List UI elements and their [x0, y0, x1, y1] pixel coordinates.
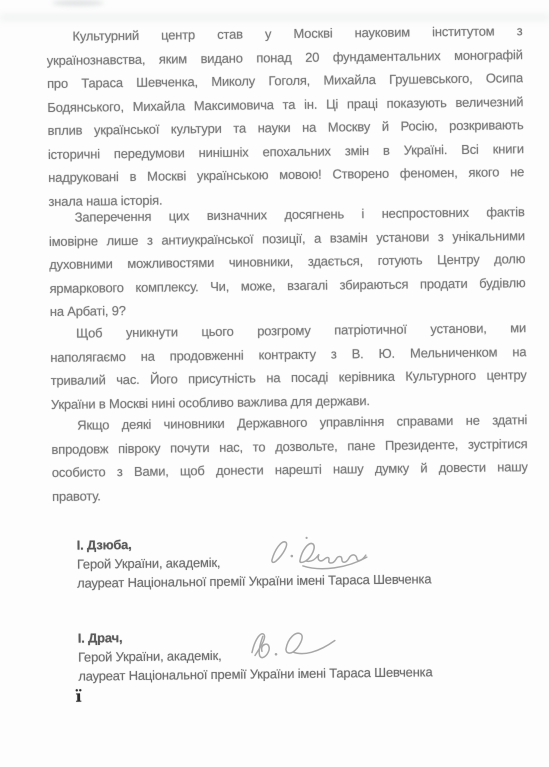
paragraph-contract-demand: Щоб уникнути цього розгрому патріотичної… — [50, 316, 527, 416]
handwritten-signature-drach — [240, 625, 340, 662]
handwritten-signature-dziuba — [259, 531, 374, 572]
paragraph-cultural-center: Культурний центр став у Москві науковим … — [46, 19, 524, 213]
paragraph-meeting-request: Якщо деякі чиновники Державного управлін… — [51, 408, 528, 508]
scanned-letter-page: Культурний центр став у Москві науковим … — [0, 0, 549, 767]
signatory-title: лауреат Національної премії України імен… — [77, 568, 507, 592]
signatory-title: лауреат Національної премії України імен… — [78, 661, 508, 685]
paragraph-objections: Заперечення цих визначних досягнень і не… — [49, 200, 526, 323]
footer-mark: ї — [75, 688, 81, 706]
letter-text-block: Культурний центр став у Москві науковим … — [46, 0, 531, 767]
